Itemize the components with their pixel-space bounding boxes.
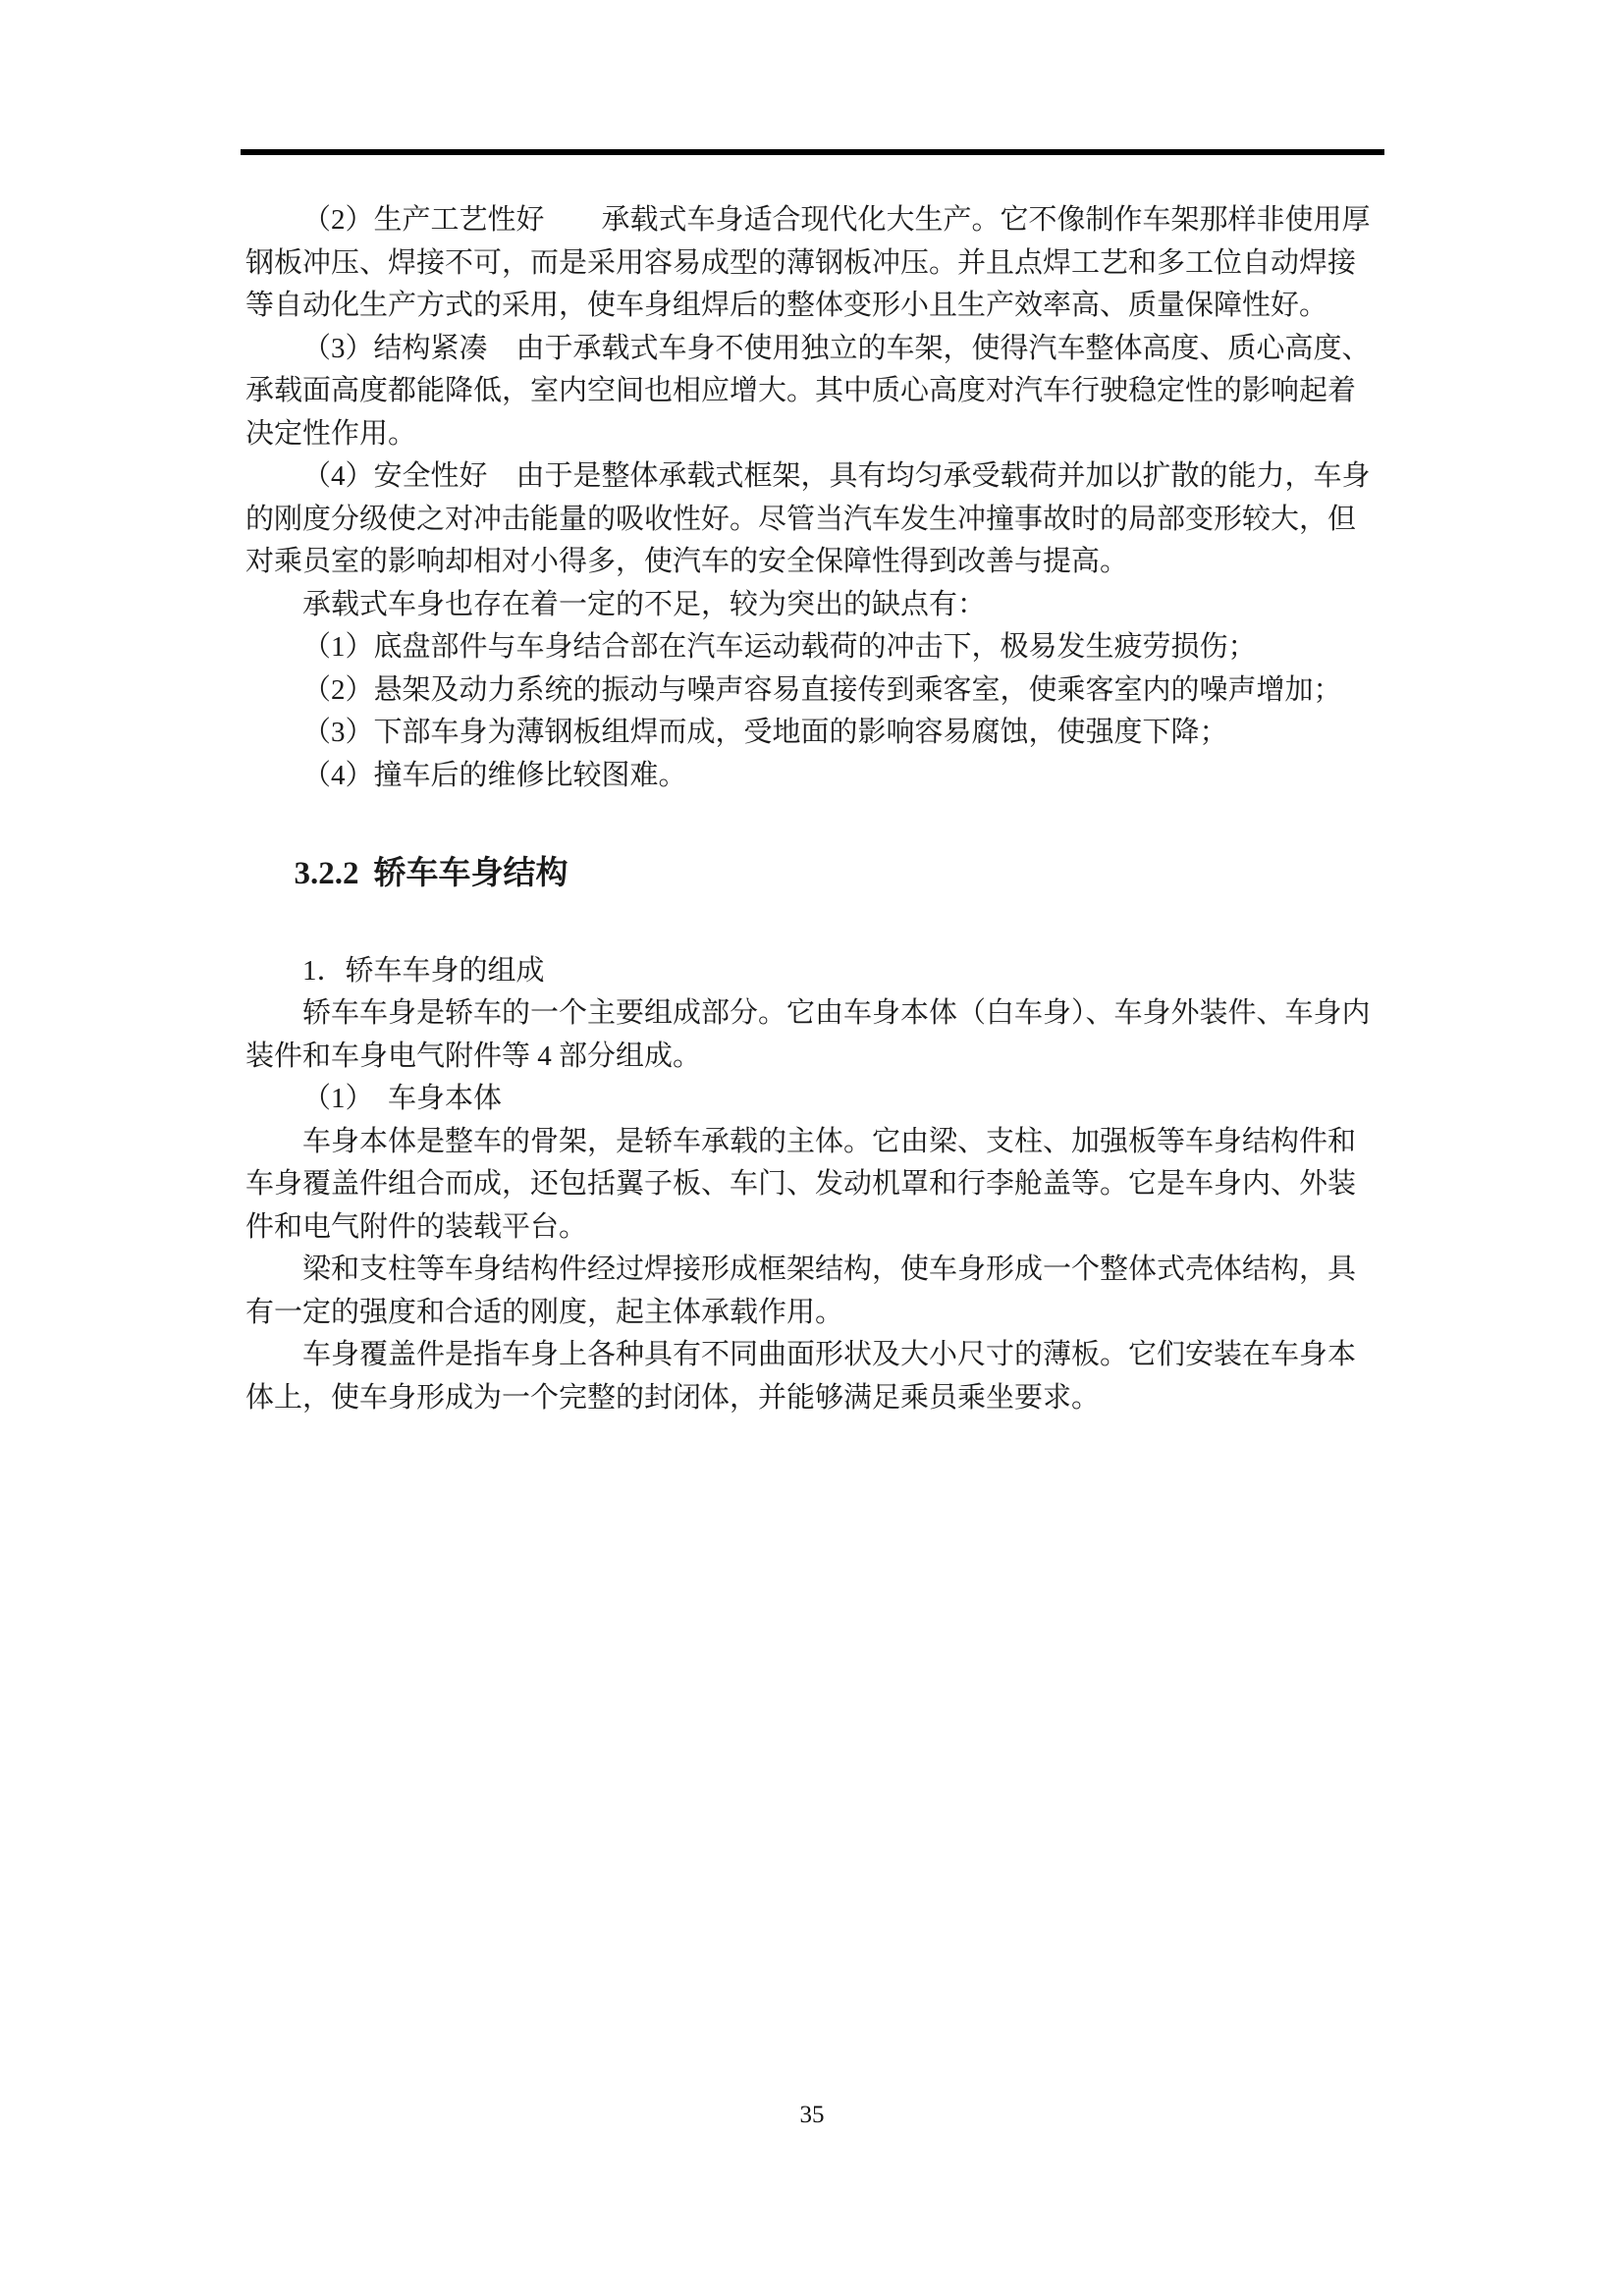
paragraph: （3）结构紧凑 由于承载式车身不使用独立的车架，使得汽车整体高度、质心高度、 承… (245, 328, 1473, 456)
paragraph: （4）安全性好 由于是整体承载式框架，具有均匀承受载荷并加以扩散的能力，车身 的… (245, 455, 1473, 584)
paragraph: 梁和支柱等车身结构件经过焊接形成框架结构，使车身形成一个整体式壳体结构，具 有一… (245, 1249, 1473, 1334)
paragraph: 轿车车身是轿车的一个主要组成部分。它由车身本体（白车身）、车身外装件、车身内 装… (245, 992, 1473, 1078)
document-page: （2）生产工艺性好 承载式车身适合现代化大生产。它不像制作车架那样非使用厚 钢板… (0, 0, 1624, 2296)
paragraph: （2）生产工艺性好 承载式车身适合现代化大生产。它不像制作车架那样非使用厚 钢板… (245, 199, 1473, 328)
list-item: （1）底盘部件与车身结合部在汽车运动载荷的冲击下，极易发生疲劳损伤； (245, 626, 1473, 669)
paragraph: 承载式车身也存在着一定的不足，较为突出的缺点有： (245, 584, 1473, 627)
list-item: （2）悬架及动力系统的振动与噪声容易直接传到乘客室，使乘客室内的噪声增加； (245, 669, 1473, 713)
section-heading-title: 轿车车身结构 (374, 854, 568, 890)
subheading: （1） 车身本体 (245, 1078, 1473, 1121)
subheading: 1．轿车车身的组成 (245, 950, 1473, 993)
section-heading-number: 3.2.2 (295, 856, 359, 891)
header-rule (241, 149, 1384, 155)
list-item: （3）下部车身为薄钢板组焊而成，受地面的影响容易腐蚀，使强度下降； (245, 712, 1473, 755)
body-content: （2）生产工艺性好 承载式车身适合现代化大生产。它不像制作车架那样非使用厚 钢板… (245, 199, 1473, 1419)
paragraph: 车身覆盖件是指车身上各种具有不同曲面形状及大小尺寸的薄板。它们安装在车身本 体上… (245, 1334, 1473, 1419)
section-heading: 3.2.2轿车车身结构 (245, 808, 1473, 938)
list-item: （4）撞车后的维修比较图难。 (245, 755, 1473, 798)
page-number: 35 (0, 2101, 1624, 2130)
paragraph: 车身本体是整车的骨架，是轿车承载的主体。它由梁、支柱、加强板等车身结构件和 车身… (245, 1121, 1473, 1250)
